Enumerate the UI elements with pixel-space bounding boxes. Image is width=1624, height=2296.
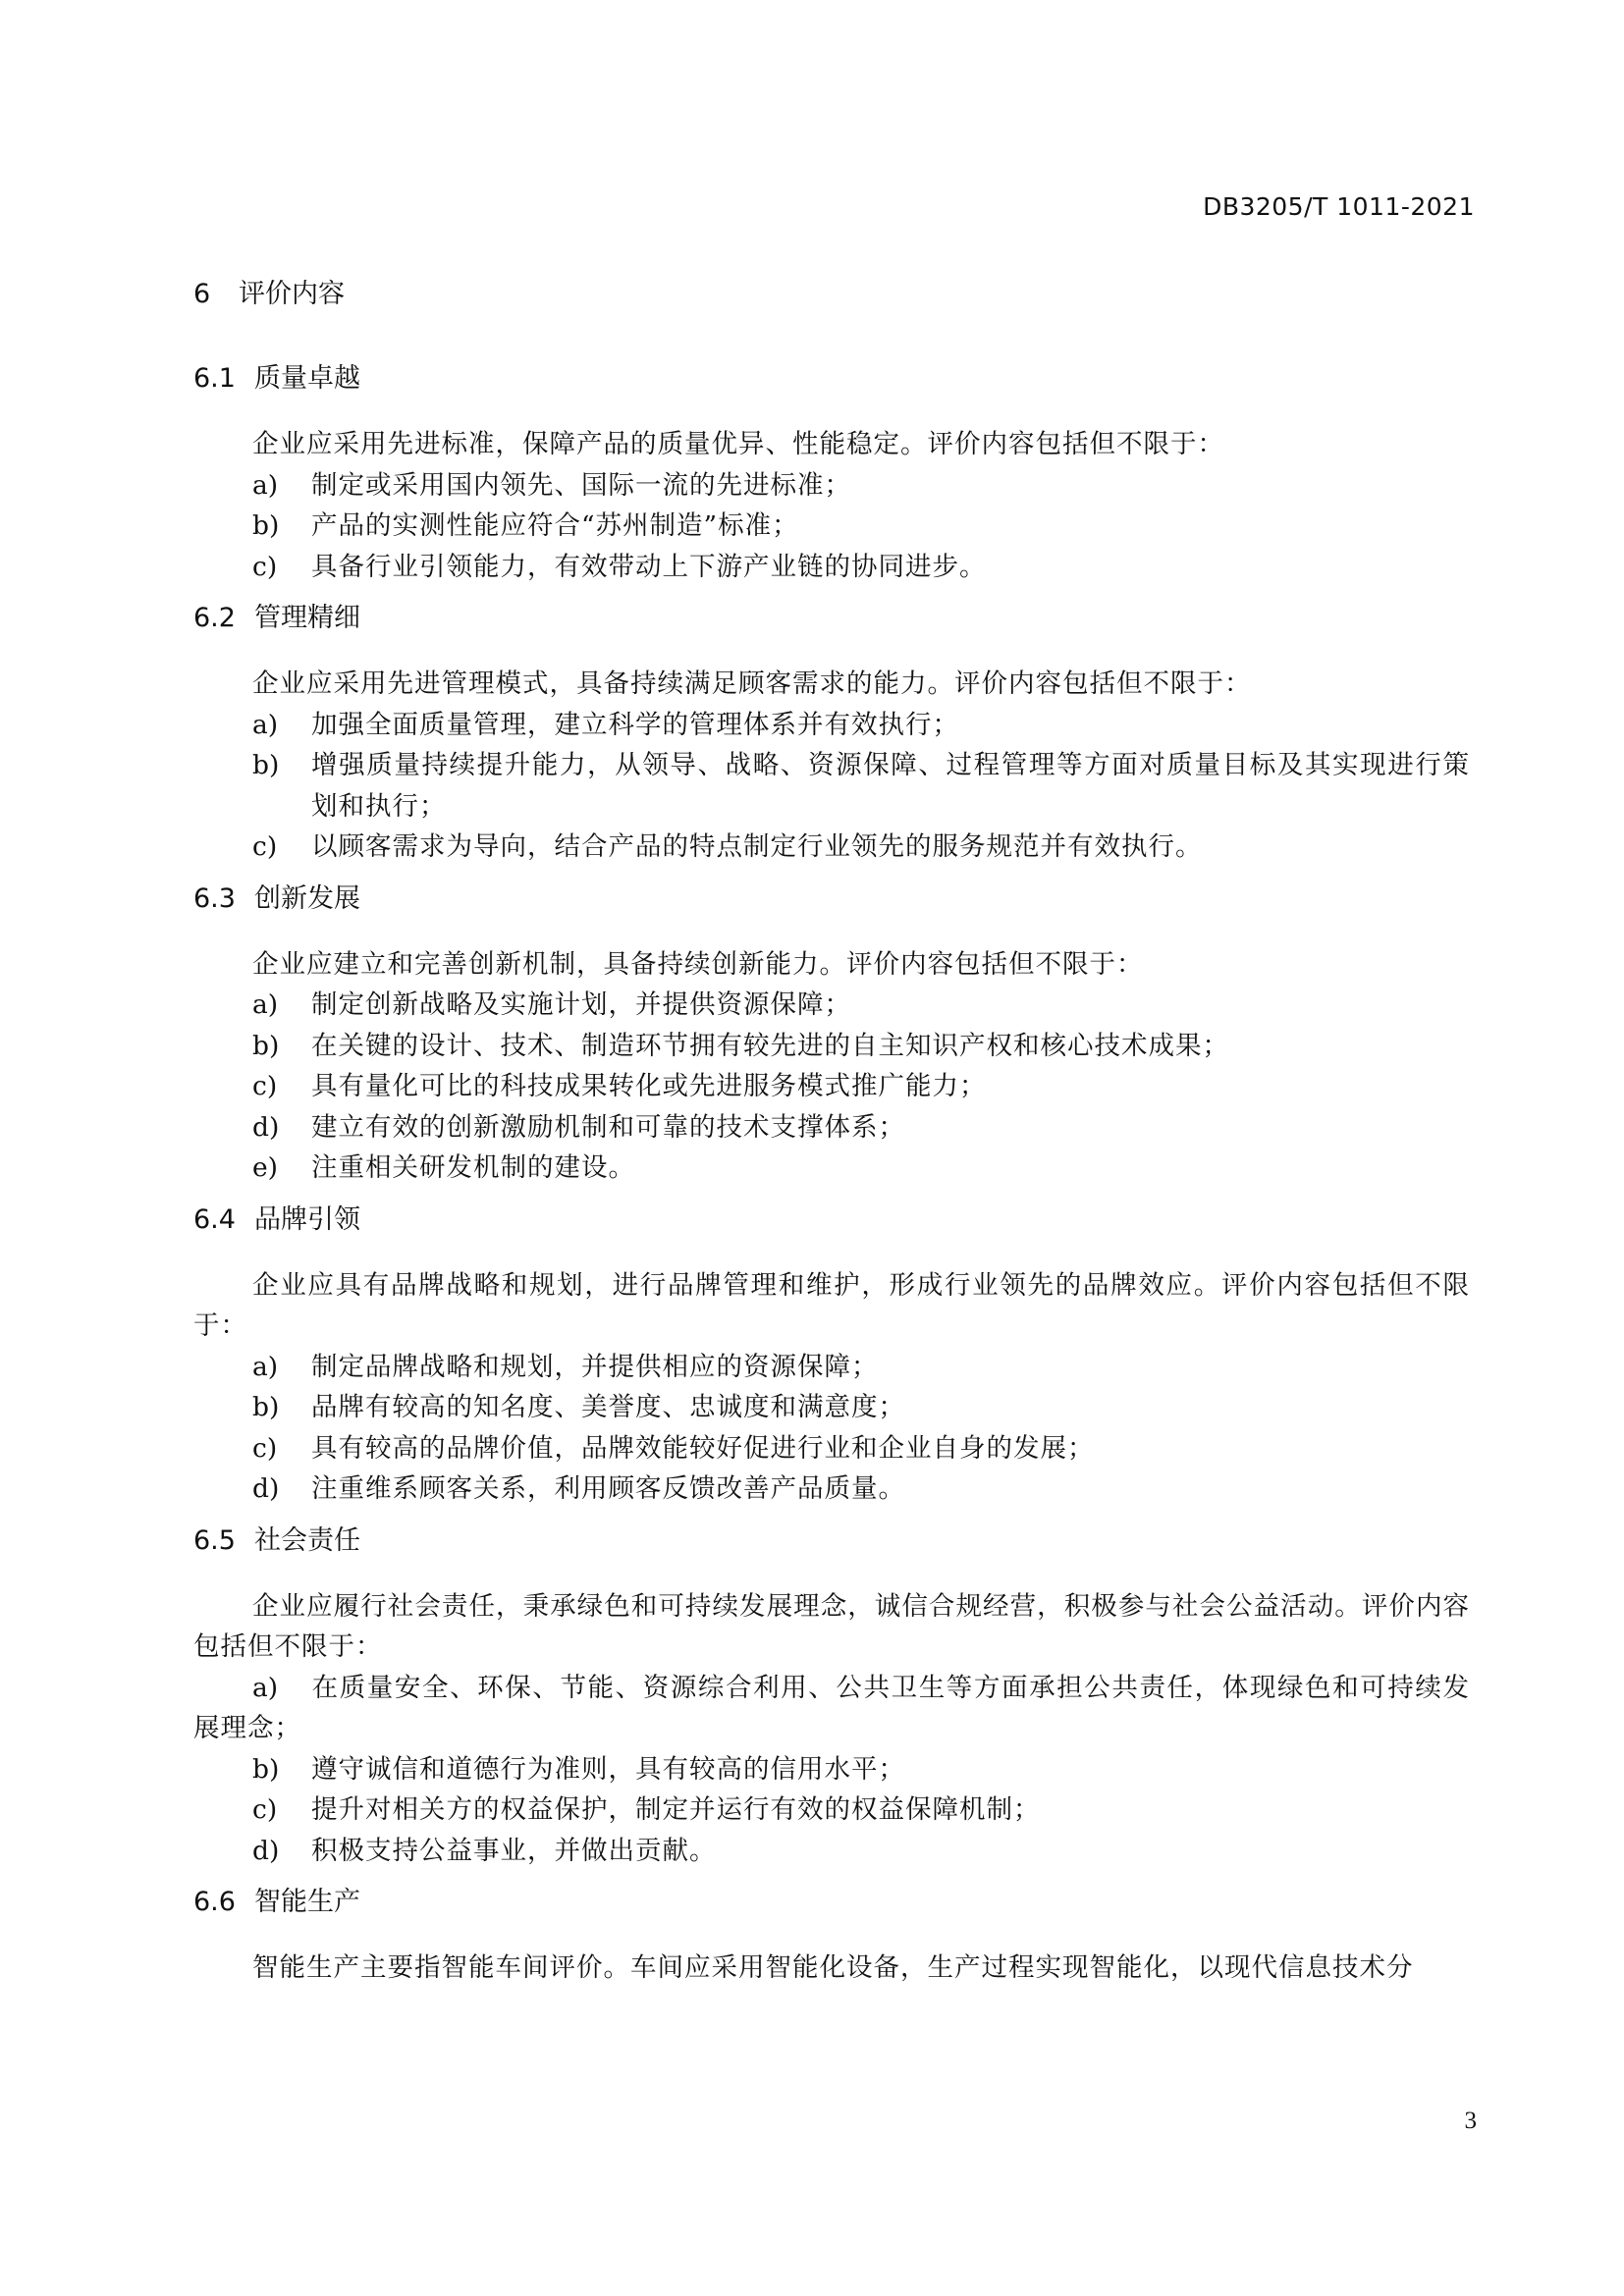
section-intro: 企业应建立和完善创新机制，具备持续创新能力。评价内容包括但不限于： <box>193 944 1470 986</box>
list-item: a)制定品牌战略和规划，并提供相应的资源保障； <box>193 1347 1470 1388</box>
list-label: a) <box>252 705 278 746</box>
list-label: a) <box>252 1668 311 1709</box>
list-item: e)注重相关研发机制的建设。 <box>193 1148 1470 1189</box>
section-brand-leadership: 6.4品牌引领 企业应具有品牌战略和规划，进行品牌管理和维护，形成行业领先的品牌… <box>193 1201 1470 1510</box>
list-label: b) <box>252 745 279 786</box>
chapter-number: 6 <box>193 275 239 314</box>
list-item: c)具有较高的品牌价值，品牌效能较好促进行业和企业自身的发展； <box>193 1428 1470 1469</box>
section-title: 创新发展 <box>254 883 360 914</box>
section-intelligent-production: 6.6智能生产 智能生产主要指智能车间评价。车间应采用智能化设备，生产过程实现智… <box>193 1883 1470 1989</box>
section-intro: 企业应履行社会责任，秉承绿色和可持续发展理念，诚信合规经营，积极参与社会公益活动… <box>193 1586 1470 1668</box>
section-intro: 企业应具有品牌战略和规划，进行品牌管理和维护，形成行业领先的品牌效应。评价内容包… <box>193 1265 1470 1347</box>
section-heading: 6.1质量卓越 <box>193 359 1470 399</box>
list-text: 提升对相关方的权益保护，制定并运行有效的权益保障机制； <box>311 1794 1041 1825</box>
list-label: c) <box>252 827 277 868</box>
list-label: d) <box>252 1831 279 1872</box>
chapter-title: 评价内容 <box>239 279 345 309</box>
list-text: 以顾客需求为导向，结合产品的特点制定行业领先的服务规范并有效执行。 <box>311 831 1203 862</box>
list-item: b)产品的实测性能应符合“苏州制造”标准； <box>193 506 1470 547</box>
list-label: c) <box>252 1066 277 1107</box>
page-content: 6评价内容 6.1质量卓越 企业应采用先进标准，保障产品的质量优异、性能稳定。评… <box>193 275 1470 2001</box>
section-number: 6.2 <box>193 599 254 638</box>
section-title: 智能生产 <box>254 1887 360 1917</box>
list-text: 产品的实测性能应符合“苏州制造”标准； <box>311 510 799 541</box>
section-heading: 6.5社会责任 <box>193 1522 1470 1561</box>
list-text: 注重相关研发机制的建设。 <box>311 1152 635 1183</box>
list-item: d)积极支持公益事业，并做出贡献。 <box>193 1831 1470 1872</box>
chapter-heading: 6评价内容 <box>193 275 1470 314</box>
list-label: c) <box>252 547 277 588</box>
list-text: 制定品牌战略和规划，并提供相应的资源保障； <box>311 1352 879 1382</box>
list-label: a) <box>252 465 278 507</box>
list-item: c)具备行业引领能力，有效带动上下游产业链的协同进步。 <box>193 547 1470 588</box>
list-item: a)在质量安全、环保、节能、资源综合利用、公共卫生等方面承担公共责任，体现绿色和… <box>193 1668 1470 1749</box>
section-number: 6.4 <box>193 1201 254 1240</box>
section-intro: 企业应采用先进管理模式，具备持续满足顾客需求的能力。评价内容包括但不限于： <box>193 664 1470 705</box>
section-intro: 企业应采用先进标准，保障产品的质量优异、性能稳定。评价内容包括但不限于： <box>193 424 1470 465</box>
list-text: 遵守诚信和道德行为准则，具有较高的信用水平； <box>311 1754 905 1785</box>
list-item: d)建立有效的创新激励机制和可靠的技术支撑体系； <box>193 1107 1470 1148</box>
list-label: c) <box>252 1789 277 1831</box>
list-item: b)品牌有较高的知名度、美誉度、忠诚度和满意度； <box>193 1387 1470 1428</box>
section-refined-management: 6.2管理精细 企业应采用先进管理模式，具备持续满足顾客需求的能力。评价内容包括… <box>193 599 1470 868</box>
list-item: b)在关键的设计、技术、制造环节拥有较先进的自主知识产权和核心技术成果； <box>193 1026 1470 1067</box>
list-text: 具备行业引领能力，有效带动上下游产业链的协同进步。 <box>311 552 987 582</box>
section-number: 6.1 <box>193 359 254 399</box>
list-text: 具有较高的品牌价值，品牌效能较好促进行业和企业自身的发展； <box>311 1433 1095 1464</box>
list-label: d) <box>252 1468 279 1510</box>
list-item: a)加强全面质量管理，建立科学的管理体系并有效执行； <box>193 705 1470 746</box>
section-title: 社会责任 <box>254 1525 360 1556</box>
section-title: 管理精细 <box>254 603 360 633</box>
list-label: c) <box>252 1428 277 1469</box>
section-heading: 6.2管理精细 <box>193 599 1470 638</box>
list-label: d) <box>252 1107 279 1148</box>
list-text: 增强质量持续提升能力，从领导、战略、资源保障、过程管理等方面对质量目标及其实现进… <box>311 750 1470 822</box>
list-label: b) <box>252 1749 279 1790</box>
list-label: a) <box>252 1347 278 1388</box>
list-label: a) <box>252 985 278 1026</box>
list-text: 具有量化可比的科技成果转化或先进服务模式推广能力； <box>311 1071 987 1101</box>
list-item: c)具有量化可比的科技成果转化或先进服务模式推广能力； <box>193 1066 1470 1107</box>
section-heading: 6.3创新发展 <box>193 880 1470 919</box>
section-title: 品牌引领 <box>254 1204 360 1235</box>
list-item: c)以顾客需求为导向，结合产品的特点制定行业领先的服务规范并有效执行。 <box>193 827 1470 868</box>
section-quality-excellence: 6.1质量卓越 企业应采用先进标准，保障产品的质量优异、性能稳定。评价内容包括但… <box>193 359 1470 587</box>
section-title: 质量卓越 <box>254 363 360 394</box>
document-page: DB3205/T 1011-2021 6评价内容 6.1质量卓越 企业应采用先进… <box>0 0 1624 2296</box>
section-number: 6.5 <box>193 1522 254 1561</box>
section-heading: 6.6智能生产 <box>193 1883 1470 1922</box>
list-text: 加强全面质量管理，建立科学的管理体系并有效执行； <box>311 710 959 740</box>
list-label: e) <box>252 1148 278 1189</box>
section-social-responsibility: 6.5社会责任 企业应履行社会责任，秉承绿色和可持续发展理念，诚信合规经营，积极… <box>193 1522 1470 1872</box>
list-text: 品牌有较高的知名度、美誉度、忠诚度和满意度； <box>311 1392 905 1422</box>
list-item: a)制定创新战略及实施计划，并提供资源保障； <box>193 985 1470 1026</box>
list-text: 积极支持公益事业，并做出贡献。 <box>311 1836 717 1866</box>
list-item: b)遵守诚信和道德行为准则，具有较高的信用水平； <box>193 1749 1470 1790</box>
section-intro: 智能生产主要指智能车间评价。车间应采用智能化设备，生产过程实现智能化，以现代信息… <box>193 1948 1470 1989</box>
list-item: d)注重维系顾客关系，利用顾客反馈改善产品质量。 <box>193 1468 1470 1510</box>
list-item: b)增强质量持续提升能力，从领导、战略、资源保障、过程管理等方面对质量目标及其实… <box>193 745 1470 827</box>
list-text: 建立有效的创新激励机制和可靠的技术支撑体系； <box>311 1112 905 1143</box>
list-text: 制定创新战略及实施计划，并提供资源保障； <box>311 989 851 1020</box>
list-item: a)制定或采用国内领先、国际一流的先进标准； <box>193 465 1470 507</box>
list-text: 在关键的设计、技术、制造环节拥有较先进的自主知识产权和核心技术成果； <box>311 1031 1229 1061</box>
section-heading: 6.4品牌引领 <box>193 1201 1470 1240</box>
list-item: c)提升对相关方的权益保护，制定并运行有效的权益保障机制； <box>193 1789 1470 1831</box>
section-number: 6.3 <box>193 880 254 919</box>
list-text: 在质量安全、环保、节能、资源综合利用、公共卫生等方面承担公共责任，体现绿色和可持… <box>193 1673 1470 1744</box>
list-text: 制定或采用国内领先、国际一流的先进标准； <box>311 470 851 501</box>
list-label: b) <box>252 506 279 547</box>
list-label: b) <box>252 1026 279 1067</box>
list-label: b) <box>252 1387 279 1428</box>
section-innovation: 6.3创新发展 企业应建立和完善创新机制，具备持续创新能力。评价内容包括但不限于… <box>193 880 1470 1189</box>
page-number: 3 <box>1465 2108 1478 2135</box>
list-text: 注重维系顾客关系，利用顾客反馈改善产品质量。 <box>311 1473 905 1504</box>
section-number: 6.6 <box>193 1883 254 1922</box>
document-code-header: DB3205/T 1011-2021 <box>1203 192 1475 221</box>
